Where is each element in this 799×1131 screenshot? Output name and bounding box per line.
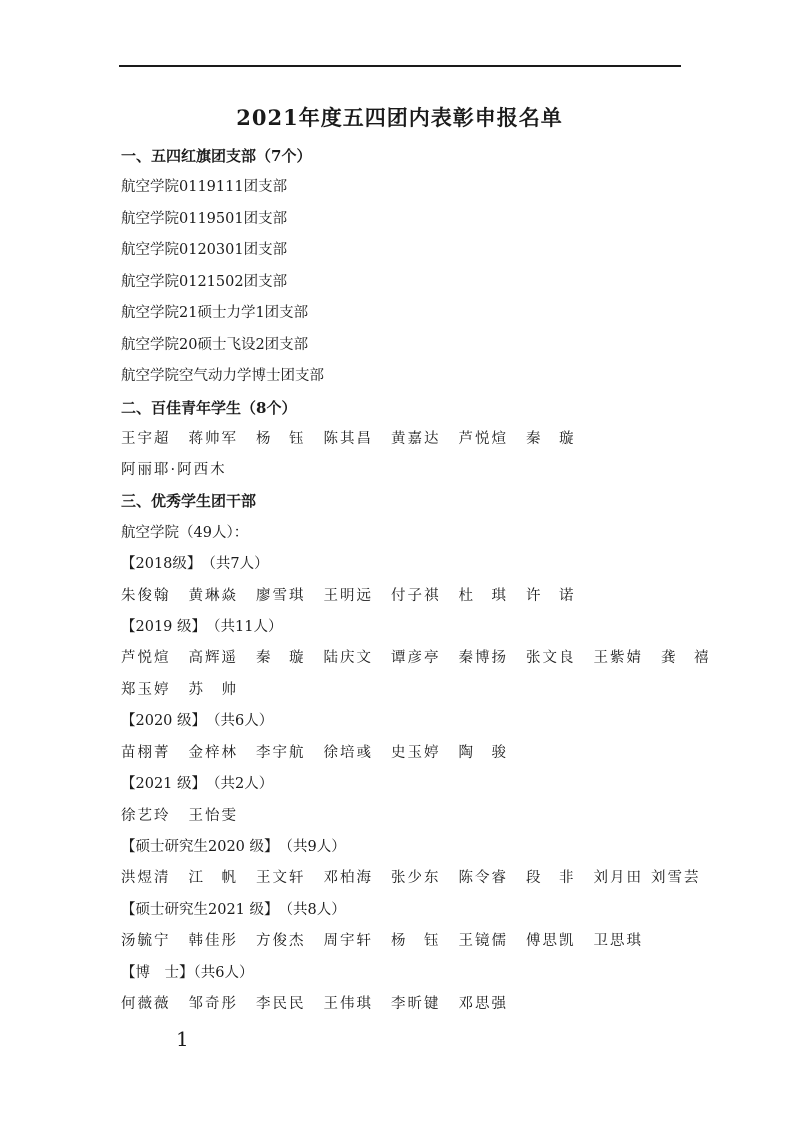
name-row: 阿丽耶·阿西木 [121,460,245,480]
name: 杜 琪 [459,586,509,606]
college-label: 航空学院（49人）： [121,523,248,543]
name-row: 郑玉婷苏 帅 [121,680,256,700]
name: 陈其昌 [324,429,374,449]
name: 傅思凯 [526,931,576,951]
document-title: 2021年度五四团内表彰申报名单 [0,102,799,132]
name: 王伟琪 [324,994,374,1014]
page-number: 1 [176,1027,189,1051]
section-heading-2: 二、百佳青年学生（8个） [121,398,296,418]
name: 谭彦亭 [391,648,441,668]
name-row: 王宇超蒋帅军杨 钰陈其昌黄嘉达芦悦煊秦 璇 [121,429,594,449]
name: 张文良 [526,648,576,668]
name: 黄琳焱 [189,586,239,606]
group-label: 【硕士研究生2021 级】 （共8人） [121,900,346,920]
name: 秦 璇 [256,648,306,668]
name-row: 朱俊翰黄琳焱廖雪琪王明远付子祺杜 琪许 诺 [121,586,594,606]
branch-item: 航空学院0121502团支部 [121,272,287,292]
name: 李昕键 [391,994,441,1014]
name: 李民民 [256,994,306,1014]
name: 江 帆 [189,868,239,888]
name: 李宇航 [256,743,306,763]
name: 徐培彧 [324,743,374,763]
branch-item: 航空学院空气动力学博士团支部 [121,366,324,386]
name: 洪煜清 [121,868,171,888]
group-label: 【2018级】 （共7人） [121,554,269,574]
name: 卫思琪 [594,931,644,951]
name: 周宇轩 [324,931,374,951]
name: 苗栩菁 [121,743,171,763]
name: 金梓林 [189,743,239,763]
name: 许 诺 [526,586,576,606]
section-heading-1: 一、五四红旗团支部（7个） [121,146,311,166]
name-row: 芦悦煊高辉遥秦 璇陆庆文谭彦亭秦博扬张文良王紫婧龚 禧 [121,648,729,668]
name: 秦 璇 [526,429,576,449]
name: 何薇薇 [121,994,171,1014]
header-rule [119,65,681,67]
name: 王镜儒 [459,931,509,951]
name: 韩佳彤 [189,931,239,951]
group-label: 【2021 级】 （共2人） [121,774,273,794]
name: 陶 骏 [459,743,509,763]
name: 付子祺 [391,586,441,606]
group-label: 【硕士研究生2020 级】 （共9人） [121,837,346,857]
name-row: 徐艺玲王怡雯 [121,806,256,826]
name: 黄嘉达 [391,429,441,449]
name: 邹奇彤 [189,994,239,1014]
name: 史玉婷 [391,743,441,763]
section-heading-3: 三、优秀学生团干部 [121,491,256,511]
name: 秦博扬 [459,648,509,668]
name: 汤毓宁 [121,931,171,951]
name: 廖雪琪 [256,586,306,606]
branch-item: 航空学院21硕士力学1团支部 [121,303,308,323]
name: 方俊杰 [256,931,306,951]
name: 蒋帅军 [189,429,239,449]
name: 阿丽耶·阿西木 [121,460,227,480]
group-label: 【2020 级】 （共6人） [121,711,273,731]
name: 郑玉婷 [121,680,171,700]
name: 高辉遥 [189,648,239,668]
name: 刘雪芸 [651,868,701,888]
name-row: 洪煜清江 帆王文轩邓柏海张少东陈令睿段 非刘月田刘雪芸 [121,868,719,888]
branch-item: 航空学院0119111团支部 [121,177,287,197]
name: 陆庆文 [324,648,374,668]
name: 杨 钰 [391,931,441,951]
branch-item: 航空学院0120301团支部 [121,240,287,260]
name: 芦悦煊 [459,429,509,449]
name: 朱俊翰 [121,586,171,606]
name: 陈令睿 [459,868,509,888]
name-row: 何薇薇邹奇彤李民民王伟琪李昕键邓思强 [121,994,526,1014]
name-row: 汤毓宁韩佳彤方俊杰周宇轩杨 钰王镜儒傅思凯卫思琪 [121,931,661,951]
name: 邓柏海 [324,868,374,888]
name: 王宇超 [121,429,171,449]
name: 刘月田 [594,868,644,888]
name: 王紫婧 [594,648,644,668]
name: 邓思强 [459,994,509,1014]
group-label: 【2019 级】 （共11人） [121,617,282,637]
name: 王文轩 [256,868,306,888]
name: 苏 帅 [189,680,239,700]
name-row: 苗栩菁金梓林李宇航徐培彧史玉婷陶 骏 [121,743,526,763]
branch-item: 航空学院20硕士飞设2团支部 [121,335,308,355]
name: 段 非 [526,868,576,888]
name: 芦悦煊 [121,648,171,668]
name: 龚 禧 [661,648,711,668]
group-label: 【博 士】（共6人） [121,963,253,983]
name: 杨 钰 [256,429,306,449]
name: 王怡雯 [189,806,239,826]
name: 王明远 [324,586,374,606]
branch-item: 航空学院0119501团支部 [121,209,287,229]
name: 徐艺玲 [121,806,171,826]
name: 张少东 [391,868,441,888]
